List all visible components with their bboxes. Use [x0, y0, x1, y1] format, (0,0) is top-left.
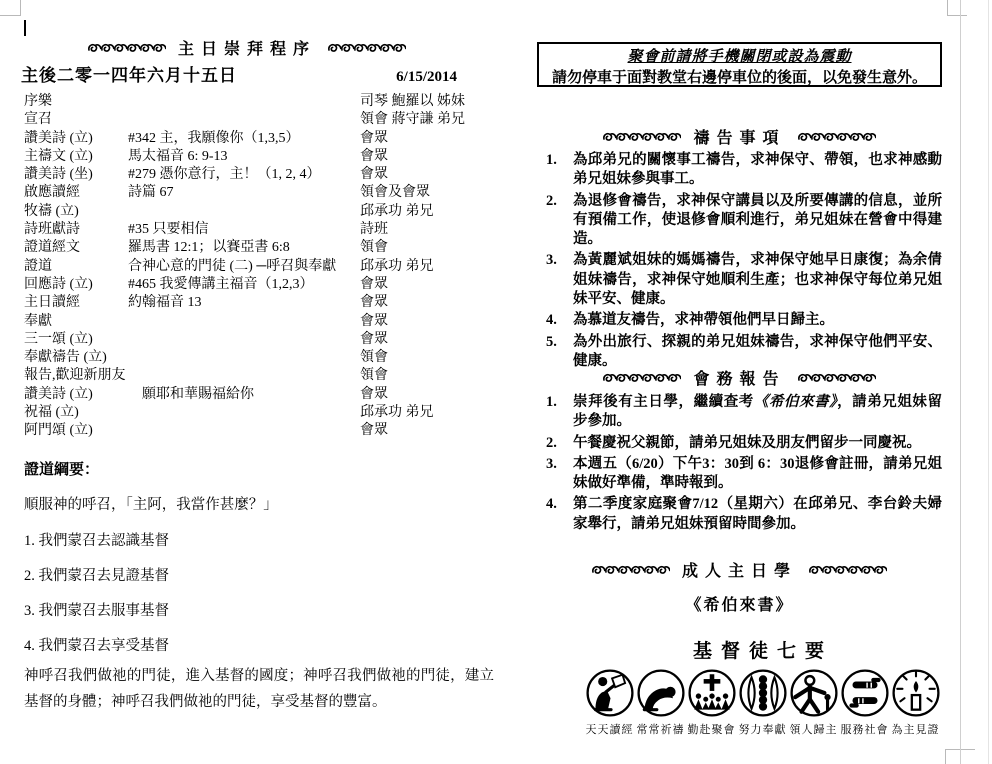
- program-who: 會眾: [360, 313, 476, 331]
- seven-essential-item: 努力奉獻: [737, 668, 788, 737]
- program-who: 邱承功 弟兄: [360, 258, 476, 276]
- program-item: 證道: [24, 258, 128, 276]
- prayer-item: 1.為邱弟兄的關懷事工禱告，求神保守、帶領，也求神感動弟兄姐妹參與事工。: [546, 151, 942, 190]
- seven-essential-label: 領人歸主: [790, 721, 838, 737]
- seven-essential-item: 常常祈禱: [635, 668, 686, 737]
- prayer-list: 1.為邱弟兄的關懷事工禱告，求神保守、帶領，也求神感動弟兄姐妹參與事工。 2.為…: [546, 151, 942, 373]
- announcements-list: 1. 崇拜後有主日學，繼續查考《希伯來書》，請弟兄姐妹留步參加。 2.午餐慶祝父…: [546, 393, 942, 536]
- program-item: 牧禱 (立): [24, 203, 128, 221]
- program-detail: 約翰福音 13: [128, 294, 360, 312]
- notice-parking-line: 請勿停車于面對教堂右邊停車位的後面，以免發生意外。: [539, 66, 940, 87]
- sermon-outline-point: 4. 我們蒙召去享受基督: [24, 634, 169, 655]
- announcement-item-text: 本週五（6/20）下午3：30到 6：30退修會註冊，請弟兄姐妹做好準備，準時報…: [573, 455, 942, 494]
- program-detail: [128, 203, 360, 221]
- program-row: 詩班獻詩#35 只要相信詩班: [24, 221, 476, 239]
- program-item: 阿門頌 (立): [24, 422, 128, 440]
- swirl-ornament-icon: [592, 564, 670, 576]
- program-item: 讚美詩 (立): [24, 130, 128, 148]
- program-row: 主日讀經約翰福音 13會眾: [24, 294, 476, 312]
- kneeling-prayer-icon: [636, 668, 686, 718]
- announcement-item-text: 崇拜後有主日學，繼續查考《希伯來書》，請弟兄姐妹留步參加。: [573, 393, 942, 432]
- seven-essential-label: 服務社會: [841, 721, 889, 737]
- program-row: 證道經文羅馬書 12:1；以賽亞書 6:8領會: [24, 239, 476, 257]
- program-row: 讚美詩 (立)#342 主，我願像你（1,3,5）會眾: [24, 130, 476, 148]
- swirl-ornament-icon: [798, 372, 876, 384]
- prayer-item-text: 為慕道友禱告，求神帶領他們早日歸主。: [573, 311, 942, 330]
- worship-program-list: 序樂司琴 鮑羅以 姊妹 宣召領會 蔣守謙 弟兄 讚美詩 (立)#342 主，我願…: [24, 93, 476, 441]
- program-detail: #342 主，我願像你（1,3,5）: [128, 130, 360, 148]
- prayer-item-number: 4.: [546, 311, 573, 330]
- program-detail: 馬太福音 6: 9-13: [128, 148, 360, 166]
- program-row: 報告,歡迎新朋友領會: [24, 367, 476, 385]
- program-item: 報告,歡迎新朋友: [24, 367, 128, 385]
- program-detail: [128, 93, 360, 111]
- program-who: 會眾: [360, 294, 476, 312]
- page-edge-line: [960, 0, 961, 764]
- program-who: 領會 蔣守謙 弟兄: [360, 111, 476, 129]
- crop-mark-top-left: [20, 0, 21, 16]
- notice-phone-line: 聚會前請將手機關閉或設為震動: [539, 45, 940, 66]
- announcement-item-number: 3.: [546, 455, 573, 494]
- date-chinese: 主後二零一四年六月十五日: [21, 61, 237, 86]
- program-row: 序樂司琴 鮑羅以 姊妹: [24, 93, 476, 111]
- program-detail: 詩篇 67: [128, 184, 360, 202]
- announcement-text-pre: 崇拜後有主日學，繼續查考: [573, 394, 754, 410]
- book-title: 《希伯來書》: [754, 394, 837, 410]
- worship-title-row: 主日崇拜程序: [21, 36, 473, 59]
- serving-hands-icon: [840, 668, 890, 718]
- kneeling-reader-icon: [585, 668, 635, 718]
- crop-mark-top-right: [947, 15, 967, 16]
- prayer-section-title: 禱告事項: [693, 125, 785, 148]
- sermon-outline-theme: 順服神的呼召，「主阿，我當作甚麼？」: [24, 493, 278, 514]
- sunday-school-section-header: 成人主日學: [537, 558, 942, 581]
- prayer-item: 4.為慕道友禱告，求神帶領他們早日歸主。: [546, 311, 942, 330]
- program-detail: 合神心意的門徒 (二) ─呼召與奉獻: [128, 258, 360, 276]
- program-detail: [128, 422, 360, 440]
- program-detail: 羅馬書 12:1；以賽亞書 6:8: [128, 239, 360, 257]
- seven-essential-label: 為主見證: [892, 721, 940, 737]
- seven-essential-item: 天天讀經: [584, 668, 635, 737]
- bulletin-page: 主日崇拜程序 主後二零一四年六月十五日 6/15/2014 序樂司琴 鮑羅以 姊…: [0, 0, 992, 764]
- seven-essential-label: 天天讀經: [586, 721, 634, 737]
- page-title: 主日崇拜程序: [178, 36, 316, 59]
- announcement-item: 3.本週五（6/20）下午3：30到 6：30退修會註冊，請弟兄姐妹做好準備，準…: [546, 455, 942, 494]
- cross-congregation-icon: [687, 668, 737, 718]
- program-detail: [128, 111, 360, 129]
- program-row: 阿門頌 (立)會眾: [24, 422, 476, 440]
- program-detail: #35 只要相信: [128, 221, 360, 239]
- announcements-section-header: 會務報告: [537, 366, 942, 389]
- program-who: 邱承功 弟兄: [360, 404, 476, 422]
- program-who: 會眾: [360, 166, 476, 184]
- program-who: 會眾: [360, 386, 476, 404]
- program-item: 啟應讀經: [24, 184, 128, 202]
- date-row: 主後二零一四年六月十五日 6/15/2014: [21, 61, 457, 86]
- sermon-outline-point: 1. 我們蒙召去認識基督: [24, 529, 169, 550]
- prayer-section-header: 禱告事項: [537, 125, 942, 148]
- announcement-item-number: 4.: [546, 495, 573, 534]
- announcement-item: 2.午餐慶祝父親節，請弟兄姐妹及朋友們留步一同慶祝。: [546, 434, 942, 453]
- program-who: 邱承功 弟兄: [360, 203, 476, 221]
- seven-essential-item: 領人歸主: [788, 668, 839, 737]
- program-item: 讚美詩 (坐): [24, 166, 128, 184]
- program-item: 詩班獻詩: [24, 221, 128, 239]
- program-detail: [128, 331, 360, 349]
- program-item: 證道經文: [24, 239, 128, 257]
- program-who: 會眾: [360, 331, 476, 349]
- program-detail: 願耶和華賜福給你: [128, 386, 360, 404]
- loaves-fishes-icon: [738, 668, 788, 718]
- program-row: 祝福 (立)邱承功 弟兄: [24, 404, 476, 422]
- program-row: 牧禱 (立)邱承功 弟兄: [24, 203, 476, 221]
- swirl-ornament-icon: [809, 564, 887, 576]
- sermon-outline-point: 2. 我們蒙召去見證基督: [24, 564, 169, 585]
- program-row: 讚美詩 (立)願耶和華賜福給你會眾: [24, 386, 476, 404]
- swirl-ornament-icon: [328, 42, 406, 54]
- program-row: 主禱文 (立)馬太福音 6: 9-13會眾: [24, 148, 476, 166]
- program-row: 讚美詩 (坐)#279 憑你意行，主！（1, 2, 4）會眾: [24, 166, 476, 184]
- program-detail: [128, 313, 360, 331]
- notice-box: 聚會前請將手機關閉或設為震動 請勿停車于面對教堂右邊停車位的後面，以免發生意外。: [537, 42, 942, 87]
- program-detail: #465 我愛傳講主福音（1,2,3）: [128, 276, 360, 294]
- program-item: 三一頌 (立): [24, 331, 128, 349]
- program-item: 宣召: [24, 111, 128, 129]
- announcement-item: 4.第二季度家庭聚會7/12（星期六）在邱弟兄、李台鈴夫婦家舉行，請弟兄姐妹預留…: [546, 495, 942, 534]
- program-detail: [128, 404, 360, 422]
- program-who: 領會: [360, 239, 476, 257]
- prayer-item: 3.為黃麗斌姐妹的媽媽禱告，求神保守她早日康復；為余倩姐妹禱告，求神保守她順利生…: [546, 251, 942, 309]
- prayer-item-text: 為邱弟兄的關懷事工禱告，求神保守、帶領，也求神感動弟兄姐妹參與事工。: [573, 151, 942, 190]
- program-item: 回應詩 (立): [24, 276, 128, 294]
- seven-essential-label: 勤赴聚會: [688, 721, 736, 737]
- sermon-outline-closing: 神呼召我們做祂的門徒，進入基督的國度；神呼召我們做祂的門徒，建立基督的身體；神呼…: [24, 664, 494, 715]
- swirl-ornament-icon: [603, 131, 681, 143]
- prayer-item-text: 為黃麗斌姐妹的媽媽禱告，求神保守她早日康復；為余倩姐妹禱告，求神保守她順利生產；…: [573, 251, 942, 309]
- date-numeric: 6/15/2014: [396, 69, 457, 86]
- program-row: 奉獻會眾: [24, 313, 476, 331]
- announcement-item-text: 午餐慶祝父親節，請弟兄姐妹及朋友們留步一同慶祝。: [573, 434, 942, 453]
- prayer-item-number: 3.: [546, 251, 573, 309]
- sermon-outline-point: 3. 我們蒙召去服事基督: [24, 599, 169, 620]
- program-who: 司琴 鮑羅以 姊妹: [360, 93, 476, 111]
- leading-person-icon: [789, 668, 839, 718]
- seven-essentials-title: 基督徒七要: [584, 636, 942, 663]
- program-row: 回應詩 (立)#465 我愛傳講主福音（1,2,3）會眾: [24, 276, 476, 294]
- sunday-school-section-title: 成人主日學: [682, 558, 797, 581]
- announcement-item-number: 1.: [546, 393, 573, 432]
- program-who: 領會: [360, 349, 476, 367]
- program-item: 奉獻: [24, 313, 128, 331]
- crop-mark-top-left: [0, 15, 21, 16]
- program-item: 序樂: [24, 93, 128, 111]
- sermon-outline-heading: 證道綱要：: [24, 458, 99, 479]
- program-who: 會眾: [360, 422, 476, 440]
- program-row: 三一頌 (立)會眾: [24, 331, 476, 349]
- program-item: 主禱文 (立): [24, 148, 128, 166]
- program-who: 會眾: [360, 130, 476, 148]
- seven-essentials-icons-row: 天天讀經 常常祈禱: [584, 668, 942, 737]
- program-item: 主日讀經: [24, 294, 128, 312]
- prayer-item-text: 為退修會禱告，求神保守講員以及所要傳講的信息，並所有預備工作，使退修會順利進行，…: [573, 192, 942, 250]
- program-detail: #279 憑你意行，主！（1, 2, 4）: [128, 166, 360, 184]
- program-item: 讚美詩 (立): [24, 386, 128, 404]
- program-item: 祝福 (立): [24, 404, 128, 422]
- swirl-ornament-icon: [603, 372, 681, 384]
- announcement-item-number: 2.: [546, 434, 573, 453]
- crop-mark-bottom-right: [945, 749, 946, 764]
- sunday-school-book-title: 《希伯來書》: [537, 592, 942, 615]
- seven-essentials-graphic: 基督徒七要 天天讀經: [584, 636, 942, 737]
- program-who: 領會及會眾: [360, 184, 476, 202]
- announcement-item-text: 第二季度家庭聚會7/12（星期六）在邱弟兄、李台鈴夫婦家舉行，請弟兄姐妹預留時間…: [573, 495, 942, 534]
- prayer-item-number: 1.: [546, 151, 573, 190]
- announcement-item: 1. 崇拜後有主日學，繼續查考《希伯來書》，請弟兄姐妹留步參加。: [546, 393, 942, 432]
- program-row: 宣召領會 蔣守謙 弟兄: [24, 111, 476, 129]
- seven-essential-label: 常常祈禱: [637, 721, 685, 737]
- announcements-section-title: 會務報告: [693, 366, 785, 389]
- seven-essential-label: 努力奉獻: [739, 721, 787, 737]
- window-edge-line: [988, 0, 989, 764]
- swirl-ornament-icon: [88, 42, 166, 54]
- program-who: 會眾: [360, 148, 476, 166]
- swirl-ornament-icon: [798, 131, 876, 143]
- candle-witness-icon: [891, 668, 941, 718]
- text-cursor: [24, 20, 26, 36]
- program-detail: [128, 349, 360, 367]
- seven-essential-item: 勤赴聚會: [686, 668, 737, 737]
- program-who: 領會: [360, 367, 476, 385]
- program-detail: [128, 367, 360, 385]
- crop-mark-top-right: [947, 0, 948, 16]
- seven-essential-item: 服務社會: [839, 668, 890, 737]
- program-who: 詩班: [360, 221, 476, 239]
- program-item: 奉獻禱告 (立): [24, 349, 128, 367]
- prayer-item: 2.為退修會禱告，求神保守講員以及所要傳講的信息，並所有預備工作，使退修會順利進…: [546, 192, 942, 250]
- program-row: 證道合神心意的門徒 (二) ─呼召與奉獻邱承功 弟兄: [24, 258, 476, 276]
- program-row: 啟應讀經詩篇 67領會及會眾: [24, 184, 476, 202]
- program-row: 奉獻禱告 (立)領會: [24, 349, 476, 367]
- seven-essential-item: 為主見證: [890, 668, 941, 737]
- prayer-item-number: 2.: [546, 192, 573, 250]
- program-who: 會眾: [360, 276, 476, 294]
